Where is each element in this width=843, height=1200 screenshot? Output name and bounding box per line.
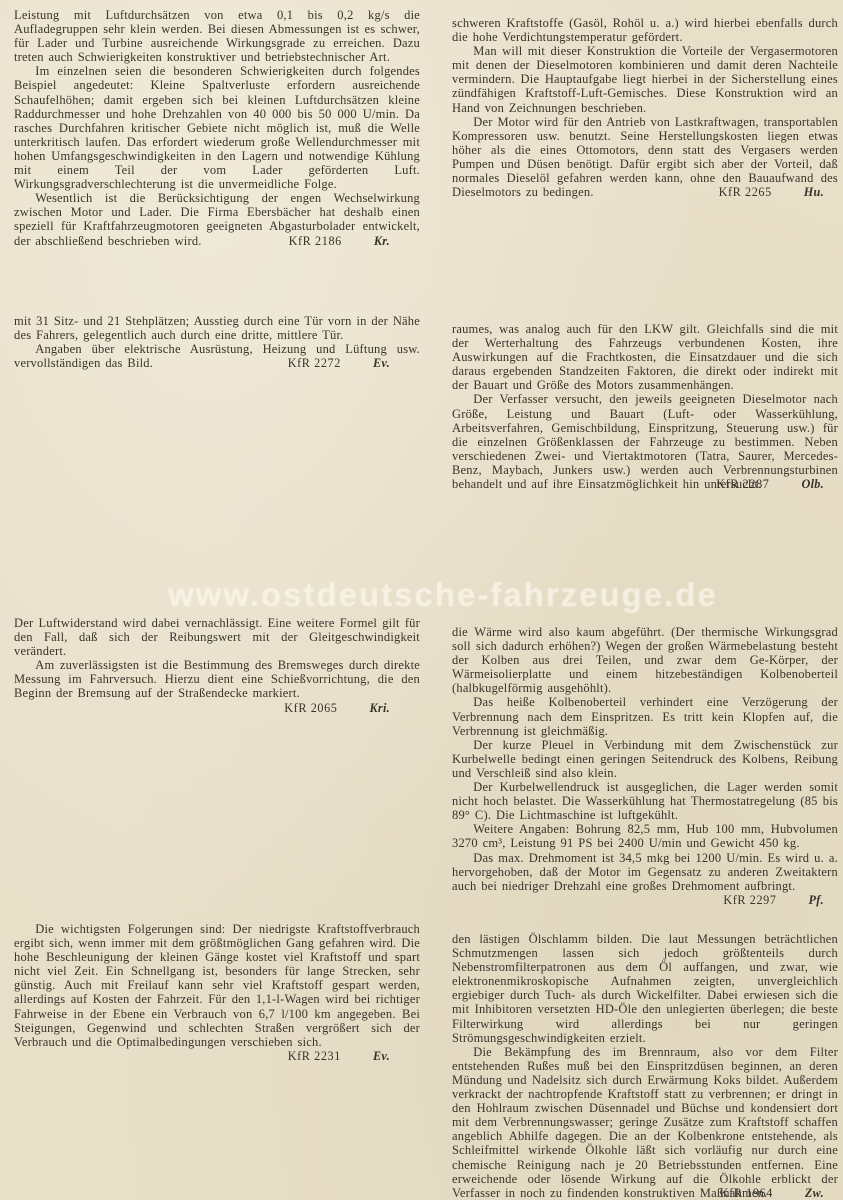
scanned-journal-page: www.ostdeutsche-fahrzeuge.de Leistung mi… (0, 0, 843, 1200)
abstract-paragraph: Im einzelnen seien die besonderen Schwie… (14, 64, 420, 191)
abstract-paragraph: Der Luftwiderstand wird dabei vernachläs… (14, 616, 420, 658)
abstract-block-kfr-2231: Die wichtigsten Folgerungen sind: Der ni… (14, 922, 420, 1063)
reviewer-initials: Ev. (373, 1049, 390, 1063)
reference-number: KfR 2231 (288, 1049, 341, 1063)
reference-number: KfR 1964 (720, 1186, 773, 1200)
abstract-paragraph: schweren Kraftstoffe (Gasöl, Rohöl u. a.… (452, 16, 838, 44)
abstract-paragraph: Der kurze Pleuel in Verbindung mit dem Z… (452, 738, 838, 780)
abstract-paragraph: raumes, was analog auch für den LKW gilt… (452, 322, 838, 392)
reference-number: KfR 2287 (716, 477, 769, 491)
abstract-paragraph: Das max. Drehmoment ist 34,5 mkg bei 120… (452, 851, 838, 893)
reviewer-initials: Zw. (805, 1186, 824, 1200)
reference-number: KfR 2186 (289, 234, 342, 248)
abstract-paragraph: Das heiße Kolbenoberteil verhindert eine… (452, 695, 838, 737)
reference-number: KfR 2265 (719, 185, 772, 199)
abstract-paragraph: die Wärme wird also kaum abgeführt. (Der… (452, 625, 838, 695)
reviewer-initials: Hu. (804, 185, 824, 199)
abstract-block-kfr-1964: den lästigen Ölschlamm bilden. Die laut … (452, 932, 838, 1200)
abstract-paragraph: Weitere Angaben: Bohrung 82,5 mm, Hub 10… (452, 822, 838, 850)
abstract-paragraph: Die wichtigsten Folgerungen sind: Der ni… (14, 922, 420, 1049)
abstract-paragraph: Am zuverlässigsten ist die Bestimmung de… (14, 658, 420, 700)
abstract-signature: KfR 2065Kri. (14, 701, 420, 715)
reviewer-initials: Pf. (809, 893, 824, 907)
abstract-signature: KfR 2297Pf. (452, 893, 838, 907)
reference-number: KfR 2065 (284, 701, 337, 715)
reviewer-initials: Ev. (373, 356, 390, 370)
reviewer-initials: Kri. (369, 701, 390, 715)
abstract-paragraph: Die Bekämpfung des im Brennraum, also vo… (452, 1045, 838, 1200)
reviewer-initials: Olb. (801, 477, 824, 491)
reference-number: KfR 2297 (723, 893, 776, 907)
abstract-paragraph: Man will mit dieser Konstruktion die Vor… (452, 44, 838, 114)
abstract-block-kfr-2287: raumes, was analog auch für den LKW gilt… (452, 322, 838, 491)
abstract-paragraph: Leistung mit Luftdurchsätzen von etwa 0,… (14, 8, 420, 64)
reference-number: KfR 2272 (288, 356, 341, 370)
abstract-block-kfr-2065: Der Luftwiderstand wird dabei vernachläs… (14, 616, 420, 715)
abstract-paragraph: Der Kurbelwellendruck ist ausgeglichen, … (452, 780, 838, 822)
abstract-block-kfr-2265: schweren Kraftstoffe (Gasöl, Rohöl u. a.… (452, 16, 838, 199)
abstract-signature: KfR 2231Ev. (14, 1049, 420, 1063)
reviewer-initials: Kr. (374, 234, 390, 248)
abstract-paragraph: den lästigen Ölschlamm bilden. Die laut … (452, 932, 838, 1045)
abstract-paragraph: mit 31 Sitz- und 21 Stehplätzen; Ausstie… (14, 314, 420, 342)
abstract-block-kfr-2297: die Wärme wird also kaum abgeführt. (Der… (452, 625, 838, 907)
left-column: Leistung mit Luftdurchsätzen von etwa 0,… (14, 0, 420, 1200)
abstract-block-kfr-2272: mit 31 Sitz- und 21 Stehplätzen; Ausstie… (14, 314, 420, 370)
right-column: schweren Kraftstoffe (Gasöl, Rohöl u. a.… (452, 0, 838, 1200)
abstract-block-kfr-2186: Leistung mit Luftdurchsätzen von etwa 0,… (14, 8, 420, 248)
